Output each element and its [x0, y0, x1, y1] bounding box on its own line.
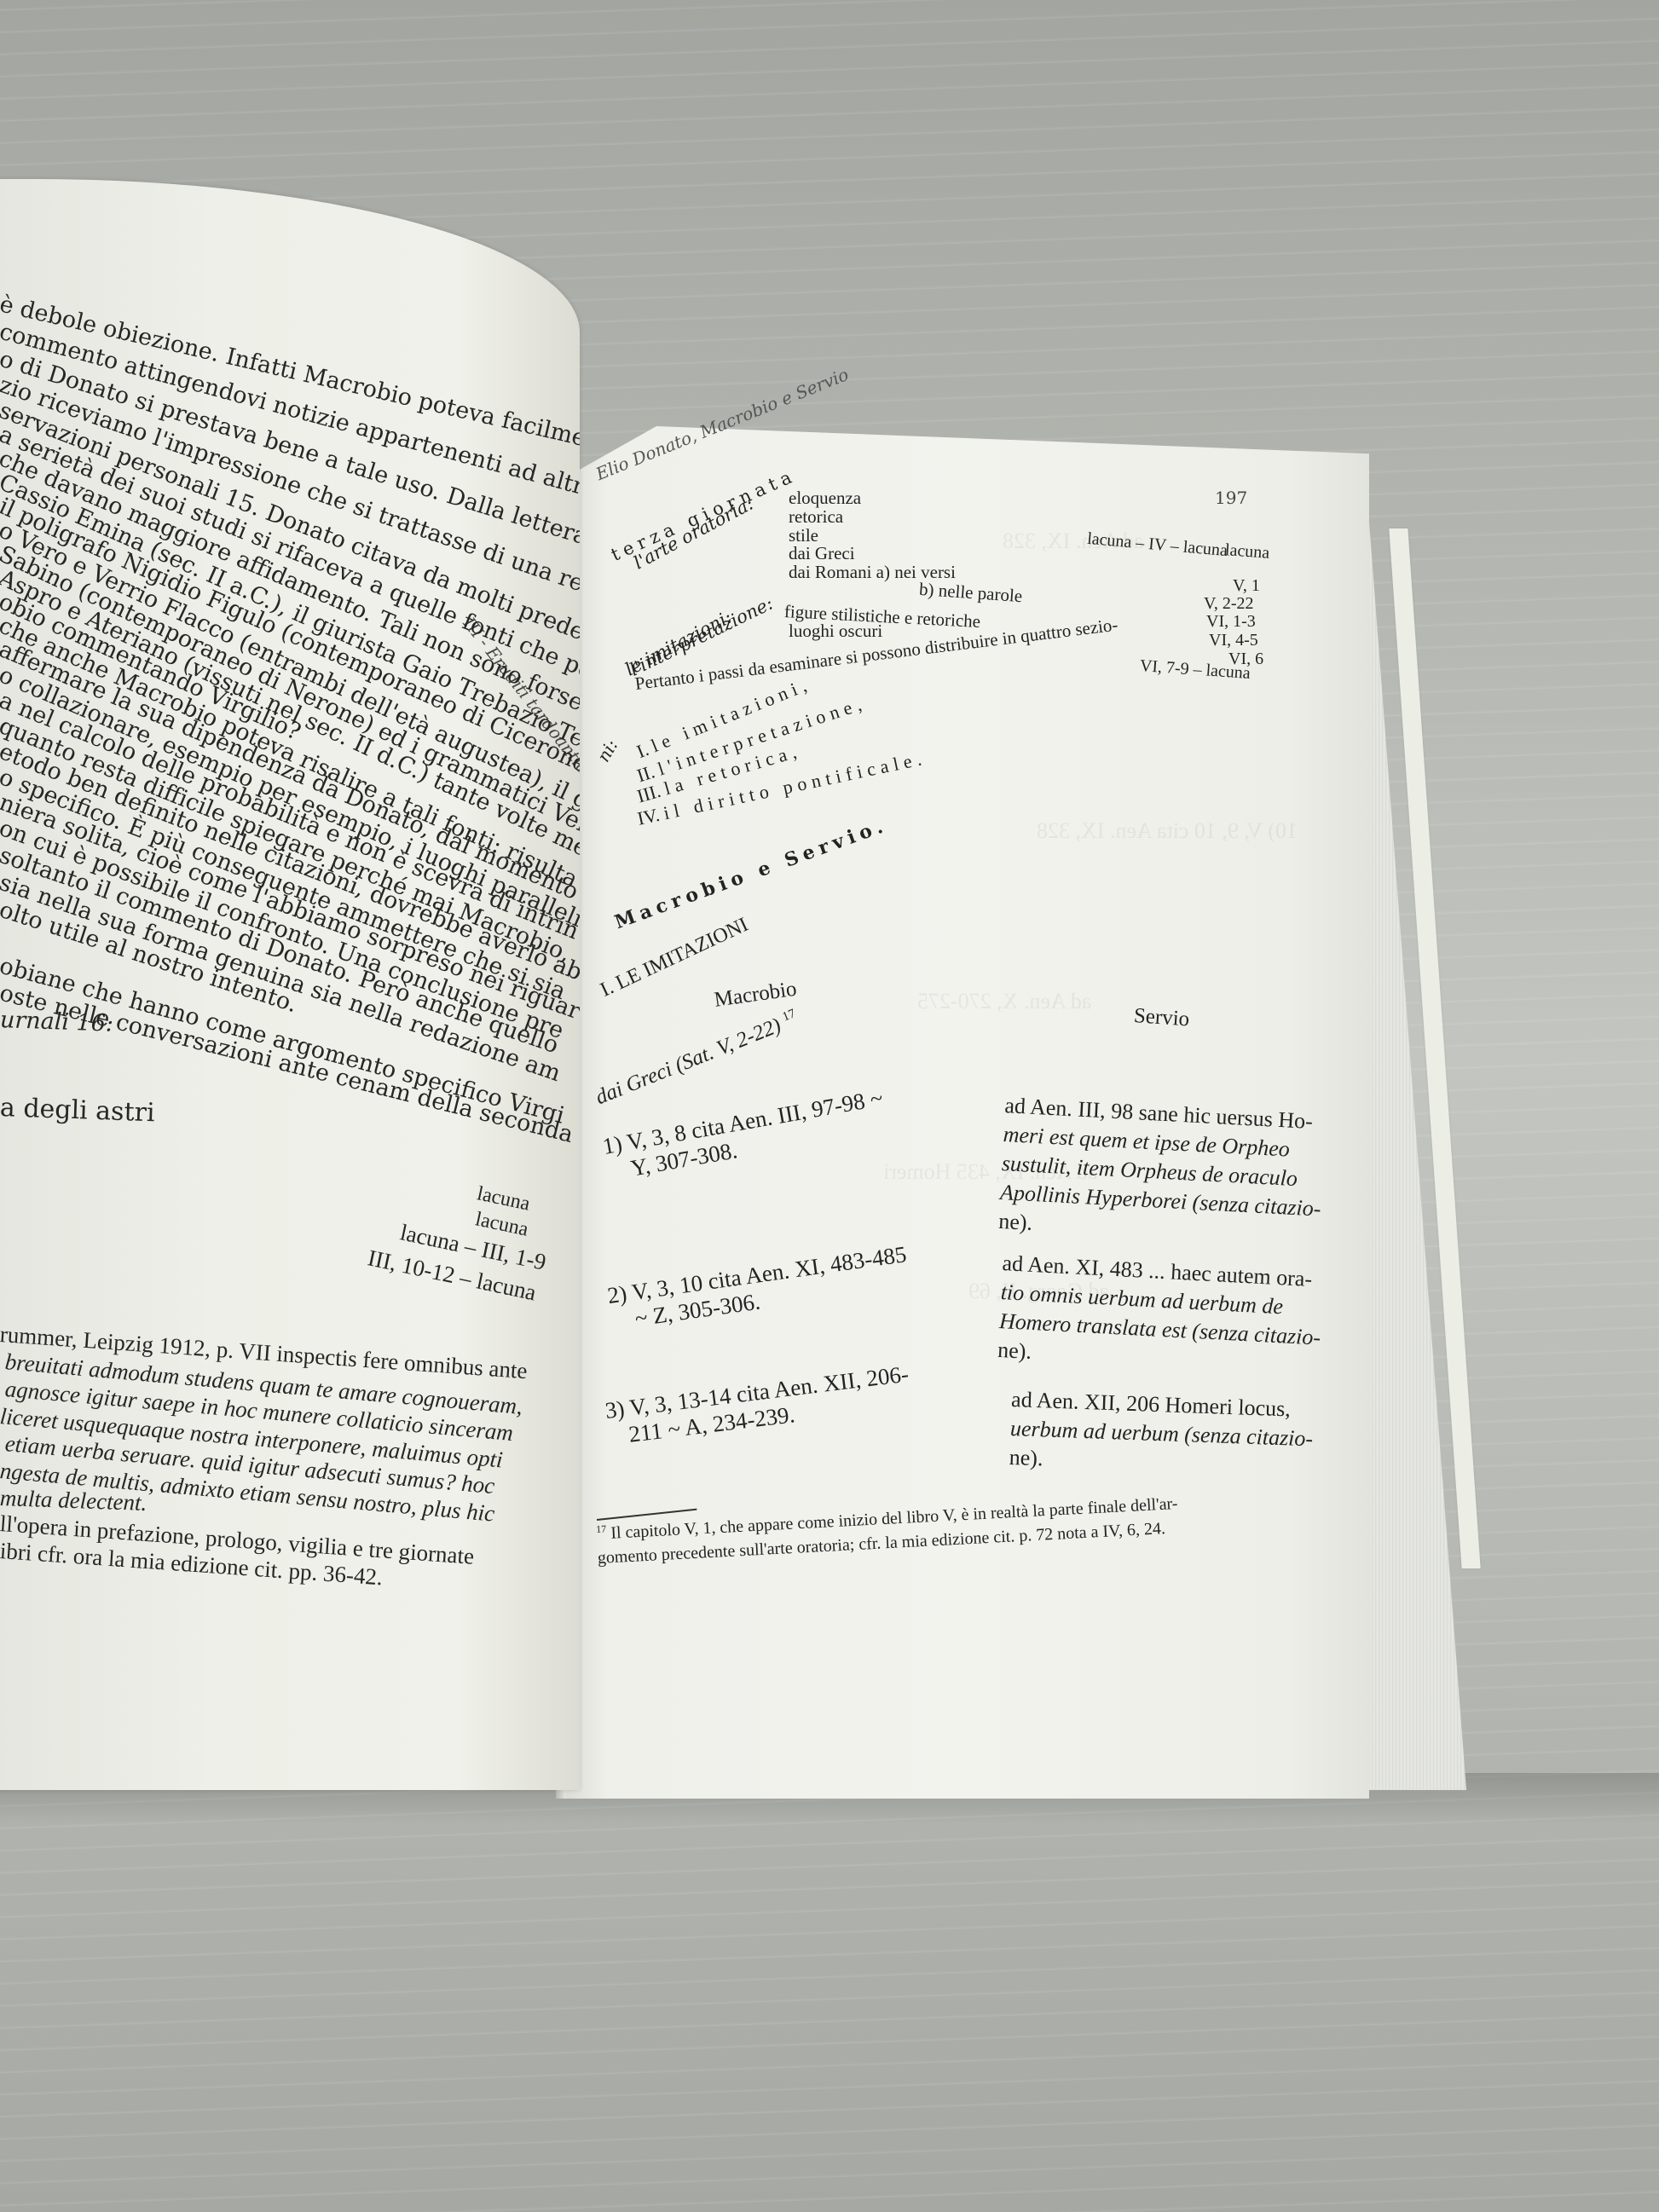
servio-entry-2: ad Aen. XI, 483 ... haec autem ora- tio …: [997, 1249, 1324, 1382]
schema-ref: lacuna: [1224, 540, 1270, 563]
bleed-through-text: 10) V, 9, 10 cita Aen. IX, 328: [1037, 818, 1298, 844]
column-header-servio: Servio: [1133, 1004, 1190, 1031]
servio-entry-3: ad Aen. XII, 206 Homeri locus, uerbum ad…: [1009, 1385, 1315, 1482]
bleed-through-text: ad Aen. X, 270-275: [917, 989, 1091, 1014]
page-number: 197: [1215, 488, 1247, 508]
schema-item: luoghi oscuri: [789, 621, 882, 642]
left-page-content: III - Eruditi tardoantichi è debole obie…: [0, 179, 580, 1790]
section-num: IV.: [635, 804, 662, 829]
left-page: III - Eruditi tardoantichi è debole obie…: [0, 179, 580, 1790]
section-label: a degli astri: [0, 1095, 155, 1126]
schema-ref: V, 1: [1233, 576, 1260, 596]
footnote-marker: 17: [596, 1522, 607, 1535]
schema-ref: VI, 4-5: [1209, 631, 1258, 650]
footnote-line: multa delectent.: [0, 1485, 147, 1516]
body-line: urnali 16:: [0, 1008, 114, 1037]
servio-entry-1: ad Aen. III, 98 sane hic uersus Ho- meri…: [998, 1091, 1327, 1252]
